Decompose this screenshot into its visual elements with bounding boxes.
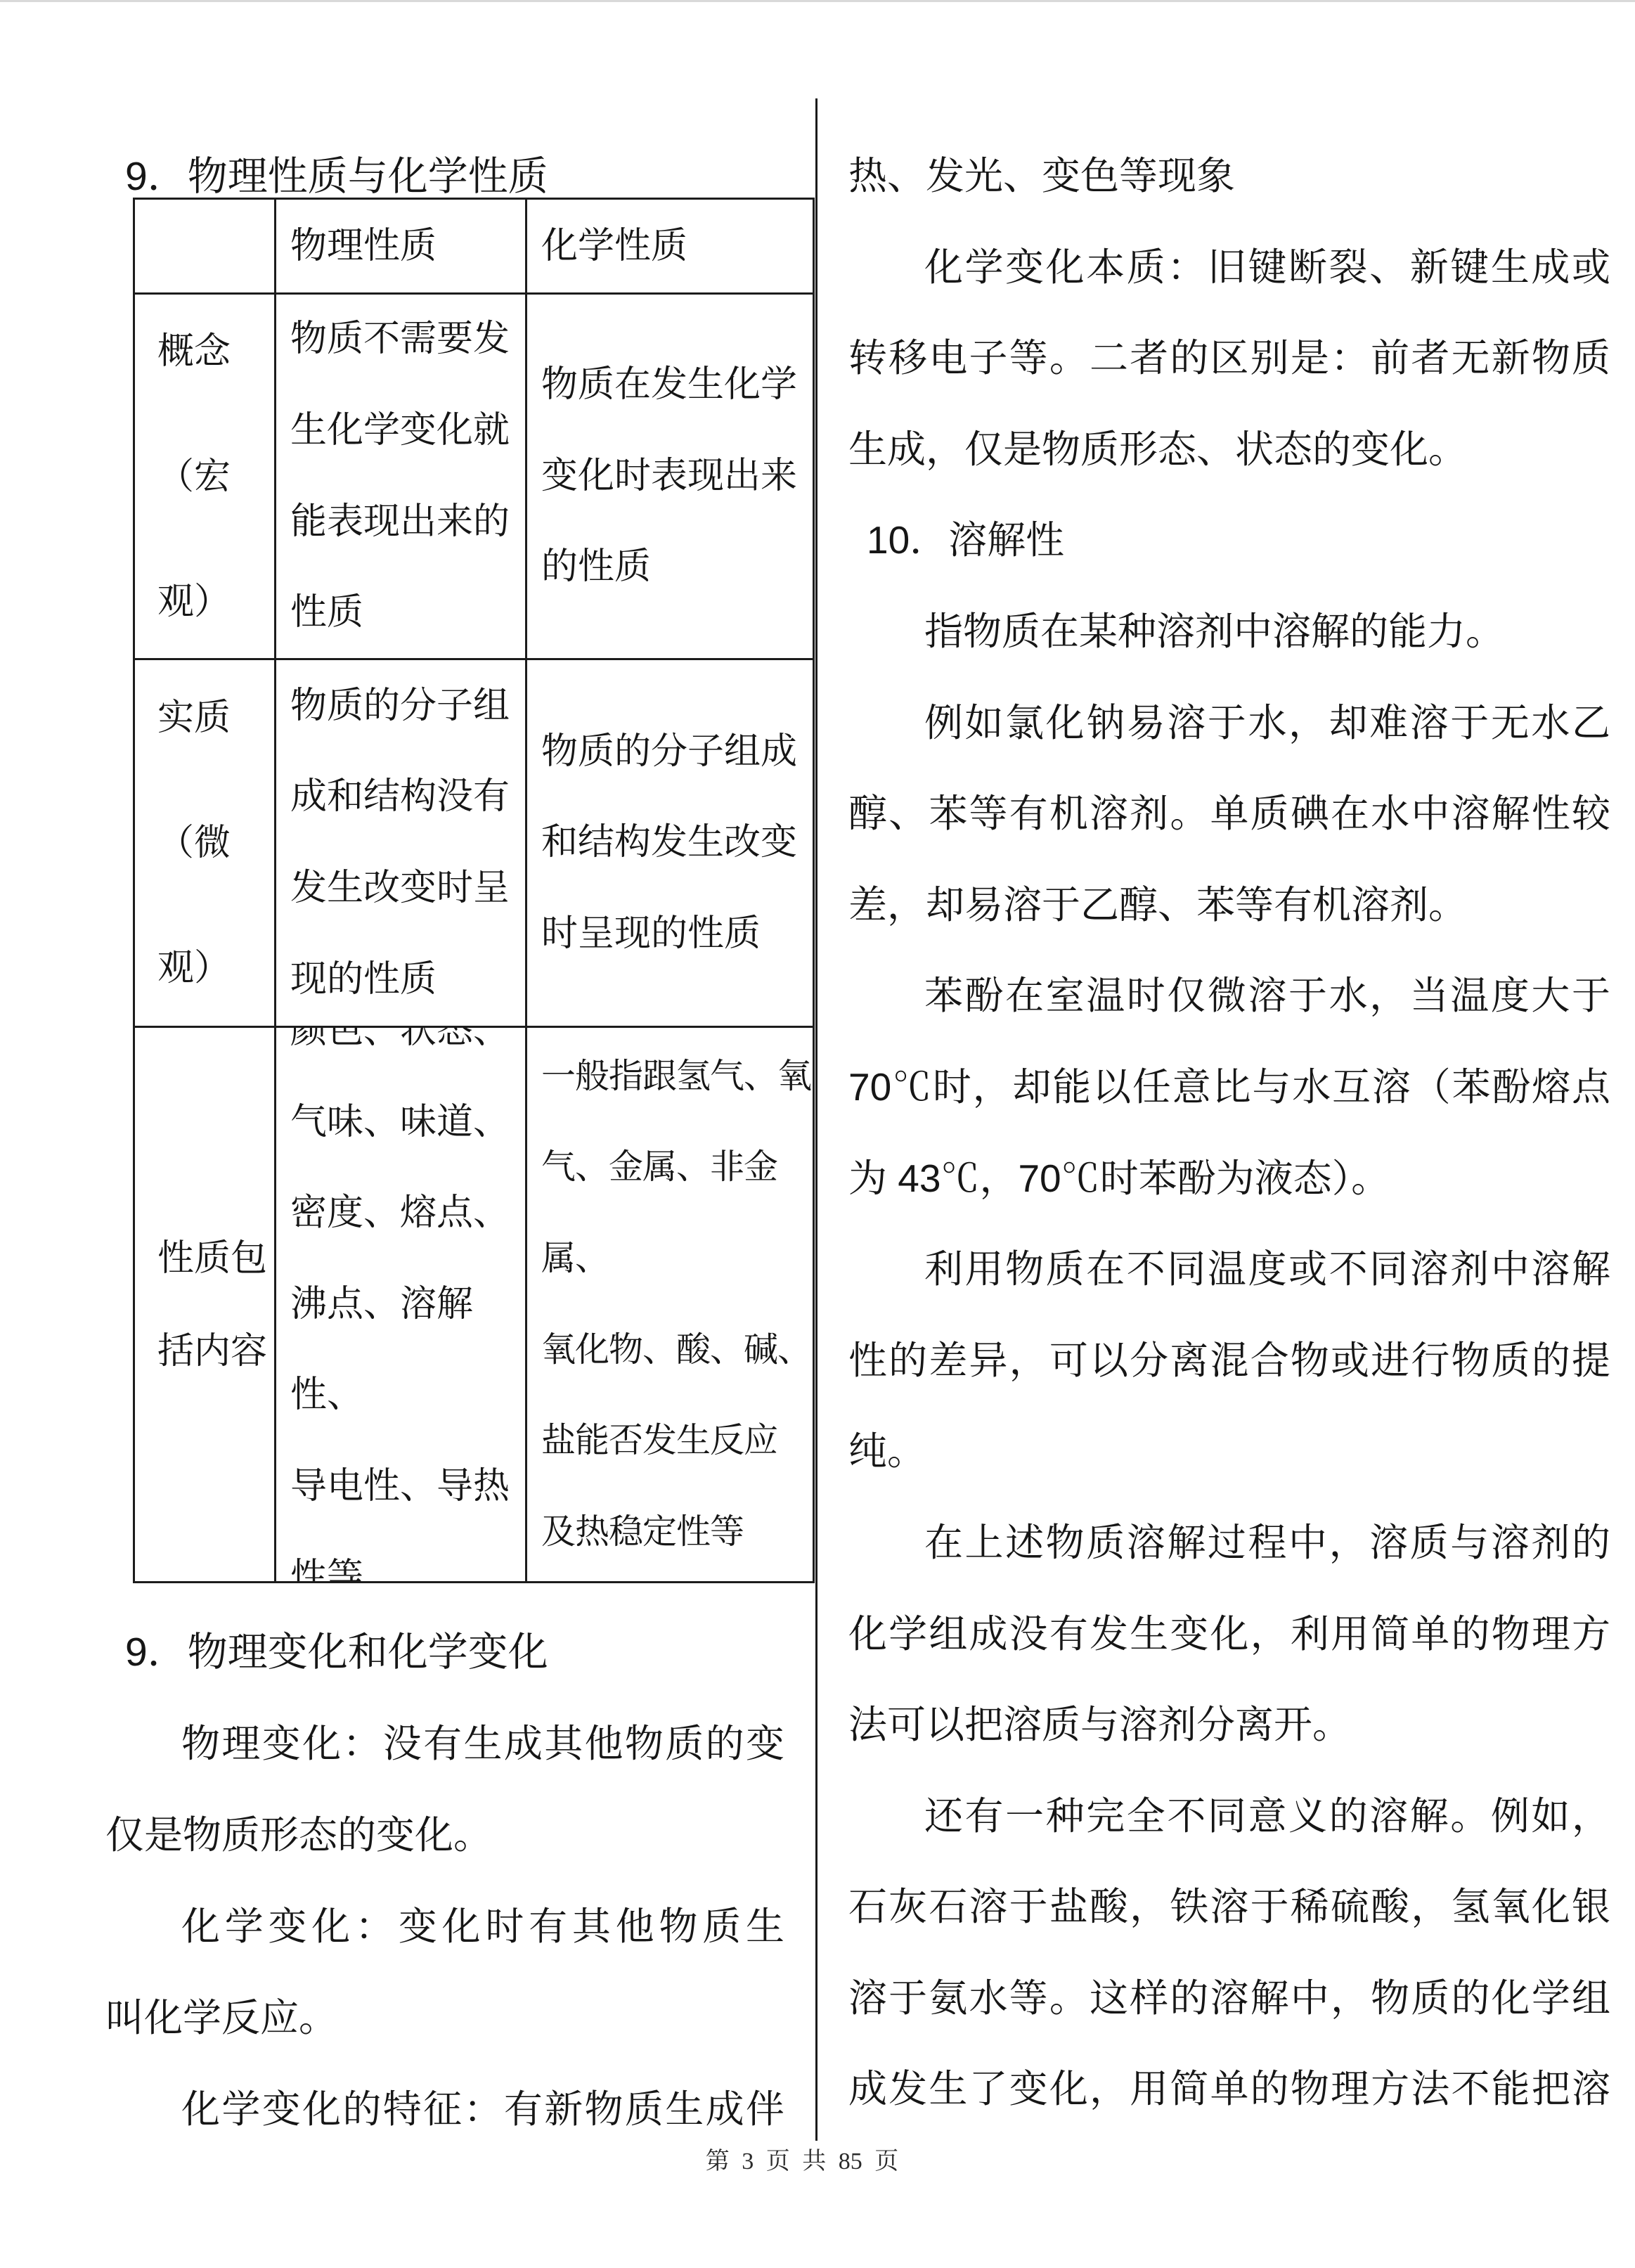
left-column-text-block: 9．物理变化和化学变化 物理变化：没有生成其他物质的变化，仅是物质形态的变化。化… (105, 1606, 784, 2155)
text-line: 转移电子等。二者的区别是：前者无新物质 (848, 313, 1610, 404)
text-line: 醇、苯等有机溶剂。单质碘在水中溶解性较 (848, 768, 1610, 860)
text-line: 石灰石溶于盐酸，铁溶于稀硫酸，氢氧化银 (848, 1862, 1610, 1953)
text-line: 仅是物质形态的变化。 (105, 1789, 784, 1881)
text-line: 70℃时，却能以任意比与水互溶（苯酚熔点 (848, 1042, 1610, 1133)
physical-property-cell: 物质的分子组 成和结构没有 发生改变时呈 现的性质 (274, 658, 525, 1026)
text-line: 苯酚在室温时仅微溶于水，当温度大于 (848, 951, 1610, 1042)
row-label-cell: 性质包 括内容 (135, 1026, 274, 1581)
text-line: 生成，仅是物质形态、状态的变化。 (848, 404, 1610, 496)
chemical-property-cell: 物质在发生化学 变化时表现出来 的性质 (525, 292, 813, 658)
table-header-chemical-properties: 化学性质 (525, 200, 813, 292)
physical-property-cell: 颜色、状态、 气味、味道、 密度、熔点、 沸点、溶解性、 导电性、导热 性等 (274, 1026, 525, 1581)
left-paragraph-lines: 物理变化：没有生成其他物质的变化，仅是物质形态的变化。化学变化：变化时有其他物质… (105, 1698, 784, 2155)
text-line: 性的差异，可以分离混合物或进行物质的提 (848, 1315, 1610, 1407)
text-line: 化学变化：变化时有其他物质生成，又 (105, 1881, 784, 1972)
text-line: 叫化学反应。 (105, 1972, 784, 2063)
text-line: 化学组成没有发生变化，利用简单的物理方 (848, 1589, 1610, 1680)
section-heading-physical-and-chemical-changes: 9．物理变化和化学变化 (105, 1606, 784, 1698)
text-line: 指物质在某种溶剂中溶解的能力。 (848, 586, 1610, 678)
column-divider-line (815, 98, 817, 2141)
text-line: 热、发光、变色等现象 (848, 131, 1610, 222)
chemical-property-cell: 物质的分子组成 和结构发生改变 时呈现的性质 (525, 658, 813, 1026)
text-line: 差，却易溶于乙醇、苯等有机溶剂。 (848, 860, 1610, 951)
row-label-cell: 概念 （宏 观） (135, 292, 274, 658)
text-line: 成发生了变化，用简单的物理方法不能把溶 (848, 2044, 1610, 2135)
table-header-physical-properties: 物理性质 (274, 200, 525, 292)
text-line: 利用物质在不同温度或不同溶剂中溶解 (848, 1224, 1610, 1315)
text-line: 物理变化：没有生成其他物质的变化， (105, 1698, 784, 1789)
physical-property-cell: 物质不需要发 生化学变化就 能表现出来的 性质 (274, 292, 525, 658)
chemical-property-cell: 一般指跟氢气、氧 气、金属、非金属、 氧化物、酸、碱、 盐能否发生反应 及热稳定… (525, 1026, 813, 1581)
text-line: 在上述物质溶解过程中，溶质与溶剂的 (848, 1497, 1610, 1589)
text-line: 纯。 (848, 1406, 1610, 1497)
text-line: 还有一种完全不同意义的溶解。例如， (848, 1771, 1610, 1862)
table-header-empty-cell (135, 200, 274, 292)
text-line: 溶于氨水等。这样的溶解中，物质的化学组 (848, 1953, 1610, 2044)
text-line: 法可以把溶质与溶剂分离开。 (848, 1680, 1610, 1771)
properties-table: 物理性质 化学性质 概念 （宏 观）物质不需要发 生化学变化就 能表现出来的 性… (133, 198, 815, 1583)
row-label-cell: 实质 （微 观） (135, 658, 274, 1026)
scan-edge (0, 0, 1635, 2)
text-line: 为 43℃，70℃时苯酚为液态）。 (848, 1133, 1610, 1225)
text-line: 例如氯化钠易溶于水，却难溶于无水乙 (848, 678, 1610, 769)
document-page: 9．物理性质与化学性质 物理性质 化学性质 概念 （宏 观）物质不需要发 生化学… (0, 0, 1635, 2268)
right-column-text-block: 热、发光、变色等现象化学变化本质：旧键断裂、新键生成或转移电子等。二者的区别是：… (848, 131, 1610, 2135)
text-line: 化学变化本质：旧键断裂、新键生成或 (848, 222, 1610, 314)
text-line: 10．溶解性 (848, 495, 1610, 586)
page-footer: 第 3 页 共 85 页 (0, 2141, 1635, 2176)
